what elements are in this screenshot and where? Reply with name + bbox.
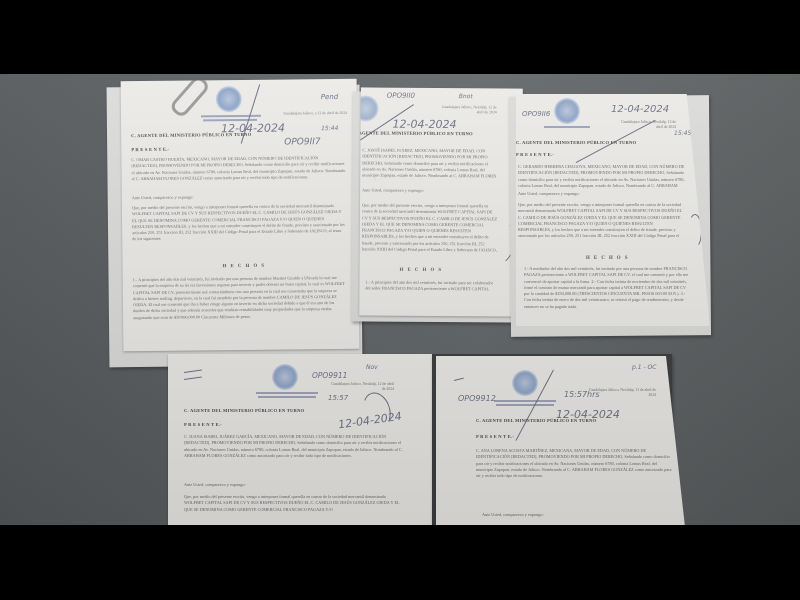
place-date: Guadalajara Jalisco, a 12 de abril de 20… <box>281 111 347 117</box>
letterbox-top <box>0 0 800 74</box>
place-date: Guadalajara Jalisco, Nextlalp, 12 de abr… <box>328 382 394 392</box>
paperclip-icon <box>168 79 211 119</box>
body-intro: C. JUANA ISABEL JUÁREZ GARCÍA, MEXICANO,… <box>184 434 404 472</box>
facts: 1.- A principios del año dos mil veintit… <box>365 279 497 294</box>
addressee: C. AGENTE DEL MINISTERIO PÚBLICO EN TURN… <box>476 418 596 423</box>
body-intro: C. GERARDO HERRERA CHAGOYA, MEXICANO, MA… <box>518 164 686 190</box>
facts: 1.- A principios del año dos mil veintit… <box>133 275 348 329</box>
presente: P R E S E N T E.- <box>131 147 169 152</box>
body-intro: C. OMAR CASTRO HUERTA, MEXICANO, MAYOR D… <box>131 155 345 189</box>
seal-icon <box>272 364 298 390</box>
stamp-mark: Nov <box>366 364 378 371</box>
body-main: Que, por medio del presente escrito, ven… <box>518 202 686 238</box>
greeting: Ante Usted, comparezco y expongo: <box>482 512 662 518</box>
seal-icon <box>359 95 379 121</box>
time-handwritten: 15:57 <box>328 394 348 402</box>
body-main: Que, por medio del presente escrito, ven… <box>184 494 404 525</box>
addressee: C. AGENTE DEL MINISTERIO PÚBLICO EN TURN… <box>516 140 636 145</box>
seal-icon <box>554 98 580 124</box>
section-heading: H E C H O S <box>400 268 443 273</box>
addressee: AGENTE DEL MINISTERIO PÚBLICO EN TURNO <box>359 130 473 136</box>
document-top-middle: OPO9II0 Bnot Guadalajara Jalisco, Nextla… <box>359 87 523 316</box>
document-top-right: OPO9II6 12-04-2024 Guadalajara Jalisco, … <box>516 94 710 326</box>
letterbox-bottom <box>0 525 800 600</box>
addressee: C. AGENTE DEL MINISTERIO PÚBLICO EN TURN… <box>184 408 304 413</box>
folio-handwritten: OPO9911 <box>312 371 347 380</box>
date-handwritten: 12-04-2024 <box>337 410 402 432</box>
folio-handwritten: OPO9912 <box>458 394 496 403</box>
greeting: Ante Usted, comparezco y expongo: <box>132 193 346 202</box>
place-date: Guadalajara Jalisco, Nextlalp, 11 de abr… <box>586 388 656 398</box>
body-intro: C. JOSUÉ ISABEL JUÁREZ, MEXICANO, MAYOR … <box>362 147 498 180</box>
greeting: Ante Usted, comparezco y expongo: <box>518 191 686 197</box>
presente: P R E S E N T E.- <box>184 422 222 427</box>
presente: P R E S E N T E.- <box>516 152 554 157</box>
folio-handwritten: OPO9II7 <box>284 137 320 147</box>
greeting: Ante Usted, comparezco y expongo: <box>362 187 498 194</box>
document-bottom-right: p.1 - OC OPO9912 15:57hrs Guadalajara Ja… <box>436 356 686 525</box>
stamp-mark: Bnot <box>459 93 473 100</box>
folio-handwritten: OPO9II6 <box>522 110 550 118</box>
stamp-mark: p.1 - OC <box>632 364 656 371</box>
date-handwritten: 12-04-2024 <box>611 104 669 115</box>
section-heading: H E C H O S <box>223 264 266 269</box>
document-bottom-left: OPO9911 Nov Guadalajara Jalisco, Nextlal… <box>168 354 434 525</box>
body-main: Que, por medio del presente escrito, ven… <box>132 203 347 255</box>
photo: Pend Guadalajara Jalisco, a 12 de abril … <box>0 74 800 525</box>
time-handwritten: 15:44 <box>321 125 338 132</box>
document-top-left: Pend Guadalajara Jalisco, a 12 de abril … <box>121 79 360 351</box>
facts: 1.- A mediados del año dos mil veintitré… <box>524 266 690 322</box>
time-handwritten: 15:45 <box>674 130 691 137</box>
seal-icon <box>512 370 538 396</box>
stamp-mark: Pend <box>321 93 339 101</box>
section-heading: H E C H O S <box>586 256 629 261</box>
date-handwritten: 12-04-2024 <box>392 118 456 131</box>
seal-icon <box>216 86 242 112</box>
place-date: Guadalajara Jalisco, Nextlalp, 12 de abr… <box>441 105 497 115</box>
body-intro: C. ANA LORENA ACOSTA MARTÍNEZ, MEXICANA,… <box>476 448 672 496</box>
body-main: Que, por medio del presente escrito, ven… <box>362 202 498 253</box>
greeting: Ante Usted, comparezco y expongo: <box>184 482 404 488</box>
presente: P R E S E N T E.- <box>476 434 514 439</box>
addressee: C. AGENTE DEL MINISTERIO PÚBLICO EN TURN… <box>131 132 251 138</box>
folio-handwritten: OPO9II0 <box>387 92 415 100</box>
